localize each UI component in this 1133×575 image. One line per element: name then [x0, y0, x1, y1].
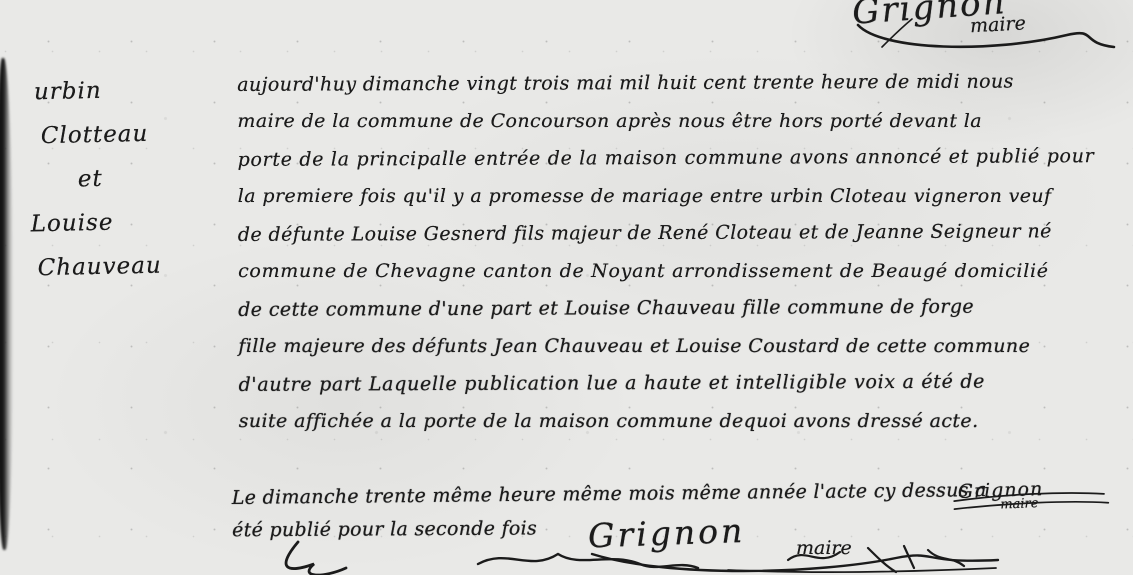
act-text-line: de défunte Louise Gesnerd fils majeur de… [238, 220, 1095, 261]
act-text-line: maire de la commune de Concourson après … [237, 110, 1094, 148]
document-page: Grignon maire urbin Clotteau et Louise C… [0, 0, 1133, 575]
act-text-line: aujourd'huy dimanche vingt trois mai mil… [237, 70, 1094, 111]
act-text-line: de cette commune d'une part et Louise Ch… [238, 295, 1095, 336]
margin-name-line: Louise [30, 209, 161, 256]
act-text-line: suite affichée a la porte de la maison c… [239, 409, 1096, 447]
act-text-line: commune de Chevagne canton de Noyant arr… [238, 259, 1095, 297]
margin-name-line: Chauveau [37, 253, 162, 300]
page-binding-shadow [0, 58, 13, 550]
act-body-text: aujourd'huy dimanche vingt trois mai mil… [237, 70, 1095, 449]
act-text-line: fille majeure des défunts Jean Chauveau … [238, 334, 1095, 372]
margin-name-line: et [78, 165, 161, 211]
signature-flourish [852, 17, 1133, 55]
signature-top-right: Grignon maire [852, 0, 1133, 55]
act-text-line: d'autre part Laquelle publication lue a … [238, 370, 1095, 411]
next-entry-fragment [228, 538, 1128, 575]
margin-name-line: urbin [34, 77, 159, 124]
margin-name-line: Clotteau [41, 121, 160, 167]
act-text-line: la premiere fois qu'il y a promesse de m… [238, 185, 1095, 223]
act-text-line: porte de la principalle entrée de la mai… [238, 145, 1095, 186]
margin-party-names: urbin Clotteau et Louise Chauveau [26, 77, 163, 300]
